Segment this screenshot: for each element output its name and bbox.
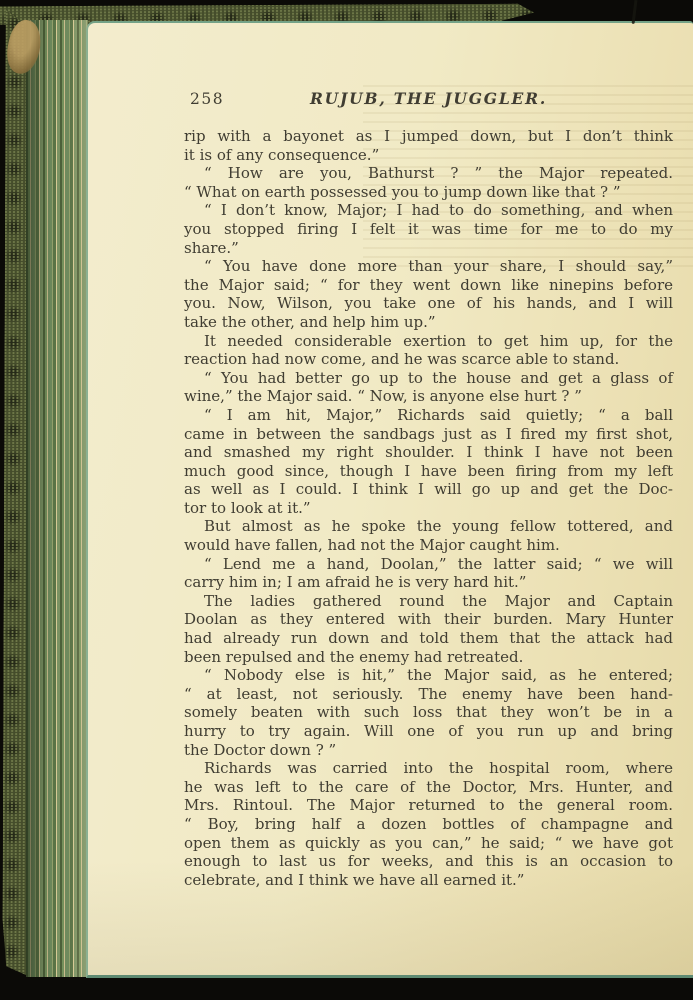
book-scan: 258 RUJUB, THE JUGGLER. rip with a bayon… <box>0 0 693 1000</box>
running-header: RUJUB, THE JUGGLER. <box>184 89 673 108</box>
text-line: tor to look at it.” <box>184 499 673 518</box>
text-line: the Major said; “ for they went down lik… <box>184 276 673 295</box>
text-line: he was left to the care of the Doctor, M… <box>184 778 673 797</box>
text-line: wine,” the Major said. “ Now, is anyone … <box>184 387 673 406</box>
text-line: “ Boy, bring half a dozen bottles of cha… <box>184 815 673 834</box>
text-line: The ladies gathered round the Major and … <box>184 592 673 611</box>
text-line: Mrs. Rintoul. The Major returned to the … <box>184 796 673 815</box>
text-line: It needed considerable exertion to get h… <box>184 332 673 351</box>
text-line: “ You have done more than your share, I … <box>184 257 673 276</box>
text-line: “ What on earth possessed you to jump do… <box>184 183 673 202</box>
text-line: “ I am hit, Major,” Richards said quietl… <box>184 406 673 425</box>
text-line: open them as quickly as you can,” he sai… <box>184 834 673 853</box>
text-line: and smashed my right shoulder. I think I… <box>184 443 673 462</box>
text-line: share.” <box>184 239 673 258</box>
text-line: Doolan as they entered with their burden… <box>184 610 673 629</box>
text-line: came in between the sandbags just as I f… <box>184 425 673 444</box>
text-line: as well as I could. I think I will go up… <box>184 480 673 499</box>
text-line: “ at least, not seriously. The enemy hav… <box>184 685 673 704</box>
text-line: much good since, though I have been firi… <box>184 462 673 481</box>
text-line: rip with a bayonet as I jumped down, but… <box>184 127 673 146</box>
text-line: reaction had now come, and he was scarce… <box>184 350 673 369</box>
text-line: celebrate, and I think we have all earne… <box>184 871 673 890</box>
text-line: “ Nobody else is hit,” the Major said, a… <box>184 666 673 685</box>
text-line: enough to last us for weeks, and this is… <box>184 852 673 871</box>
page-edge-stack <box>26 20 88 977</box>
text-line: you. Now, Wilson, you take one of his ha… <box>184 294 673 313</box>
text-line: the Doctor down ? ” <box>184 741 673 760</box>
text-line: hurry to try again. Will one of you run … <box>184 722 673 741</box>
text-line: somely beaten with such loss that they w… <box>184 703 673 722</box>
text-line: been repulsed and the enemy had retreate… <box>184 648 673 667</box>
text-line: “ Lend me a hand, Doolan,” the latter sa… <box>184 555 673 574</box>
text-line: would have fallen, had not the Major cau… <box>184 536 673 555</box>
text-line: “ How are you, Bathurst ? ” the Major re… <box>184 164 673 183</box>
text-line: Richards was carried into the hospital r… <box>184 759 673 778</box>
text-line: But almost as he spoke the young fellow … <box>184 517 673 536</box>
text-line: carry him in; I am afraid he is very har… <box>184 573 673 592</box>
text-line: “ You had better go up to the house and … <box>184 369 673 388</box>
text-line: “ I don’t know, Major; I had to do somet… <box>184 201 673 220</box>
text-block: rip with a bayonet as I jumped down, but… <box>184 127 673 889</box>
text-line: you stopped firing I felt it was time fo… <box>184 220 673 239</box>
text-line: it is of any consequence.” <box>184 146 673 165</box>
text-line: had already run down and told them that … <box>184 629 673 648</box>
text-line: take the other, and help him up.” <box>184 313 673 332</box>
